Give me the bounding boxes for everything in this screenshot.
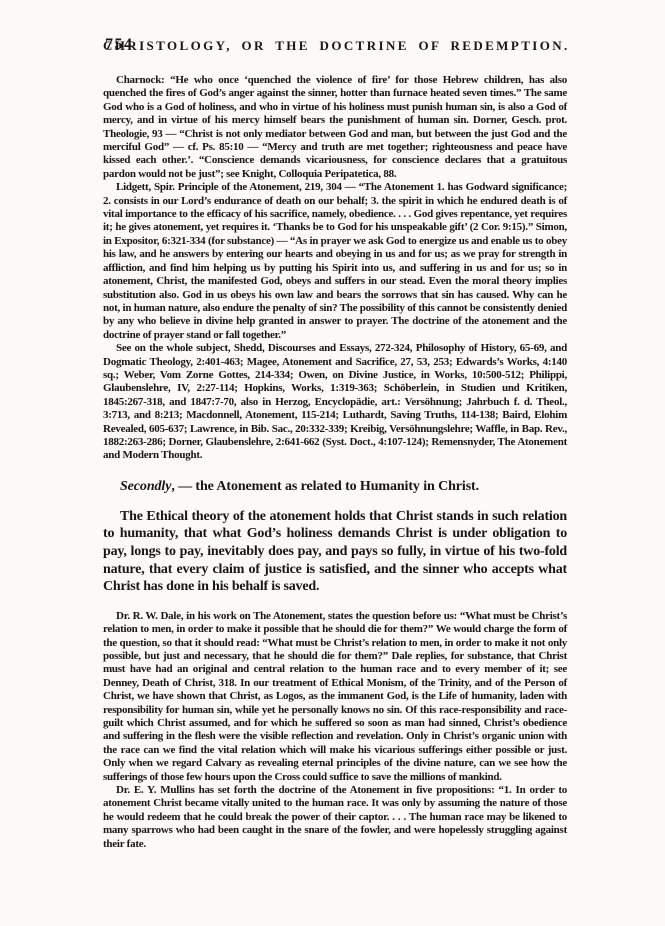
section-heading-rest: , — the Atonement as related to Humanity… <box>171 479 479 494</box>
paragraph-bibliography: See on the whole subject, Shedd, Discour… <box>103 342 567 463</box>
page-number: 754 <box>105 36 134 54</box>
running-title: CHRISTOLOGY, OR THE DOCTRINE OF REDEMPTI… <box>103 36 567 54</box>
section-heading-lead: Secondly <box>120 479 171 494</box>
paragraph-lidgett: Lidgett, Spir. Principle of the Atonemen… <box>103 181 567 342</box>
paragraph-dale: Dr. R. W. Dale, in his work on The Atone… <box>103 610 567 784</box>
book-page: 754 CHRISTOLOGY, OR THE DOCTRINE OF REDE… <box>103 36 567 851</box>
paragraph-ethical-theory: The Ethical theory of the atonement hold… <box>103 508 567 596</box>
page-header: 754 CHRISTOLOGY, OR THE DOCTRINE OF REDE… <box>103 36 567 54</box>
section-heading: Secondly, — the Atonement as related to … <box>103 479 567 495</box>
paragraph-charnock: Charnock: “He who once ‘quenched the vio… <box>103 74 567 181</box>
paragraph-mullins: Dr. E. Y. Mullins has set forth the doct… <box>103 784 567 851</box>
